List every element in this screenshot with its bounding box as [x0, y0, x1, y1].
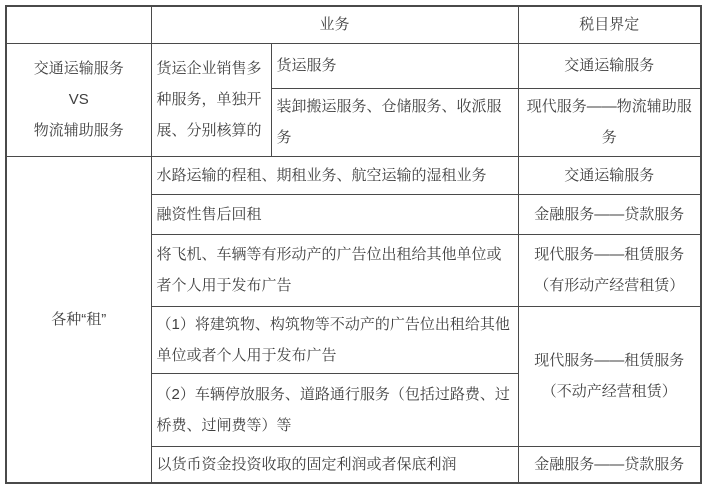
parking-toll-cell: （2）车辆停放服务、道路通行服务（包括过路费、过桥费、过闸费等）等	[151, 373, 518, 446]
leaseback-tax-cell: 金融服务——贷款服务	[518, 194, 701, 234]
header-cell-business: 业务	[151, 6, 518, 43]
table-row: 交通运输服务 VS 物流辅助服务 货运企业销售多种服务，单独开展、分别核算的 货…	[6, 43, 701, 88]
rent-label-cell: 各种“租”	[6, 156, 151, 483]
leaseback-cell: 融资性售后回租	[151, 194, 518, 234]
movable-ad-tax-cell: 现代服务——租赁服务 （有形动产经营租赁）	[518, 234, 701, 306]
voyage-tax-cell: 交通运输服务	[518, 156, 701, 194]
voyage-charter-cell: 水路运输的程租、期租业务、航空运输的湿租业务	[151, 156, 518, 194]
group1-label-cell: 交通运输服务 VS 物流辅助服务	[6, 43, 151, 156]
logistics-aux-tax-cell: 现代服务——物流辅助服务	[518, 88, 701, 156]
movable-ad-cell: 将飞机、车辆等有形动产的广告位出租给其他单位或者个人用于发布广告	[151, 234, 518, 306]
header-cell-empty	[6, 6, 151, 43]
group1-condition-cell: 货运企业销售多种服务，单独开展、分别核算的	[151, 43, 271, 156]
header-row: 业务 税目界定	[6, 6, 701, 43]
table-row: 各种“租” 水路运输的程租、期租业务、航空运输的湿租业务 交通运输服务	[6, 156, 701, 194]
fixed-profit-cell: 以货币资金投资收取的固定利润或者保底利润	[151, 446, 518, 483]
freight-service-cell: 货运服务	[271, 43, 518, 88]
header-cell-tax: 税目界定	[518, 6, 701, 43]
fixed-profit-tax-cell: 金融服务——贷款服务	[518, 446, 701, 483]
tax-classification-table: 业务 税目界定 交通运输服务 VS 物流辅助服务 货运企业销售多种服务，单独开展…	[5, 5, 702, 484]
realty-rent-tax-cell: 现代服务——租赁服务 （不动产经营租赁）	[518, 306, 701, 446]
loading-warehouse-cell: 装卸搬运服务、仓储服务、收派服务	[271, 88, 518, 156]
freight-tax-cell: 交通运输服务	[518, 43, 701, 88]
realty-ad-cell: （1）将建筑物、构筑物等不动产的广告位出租给其他单位或者个人用于发布广告	[151, 306, 518, 373]
